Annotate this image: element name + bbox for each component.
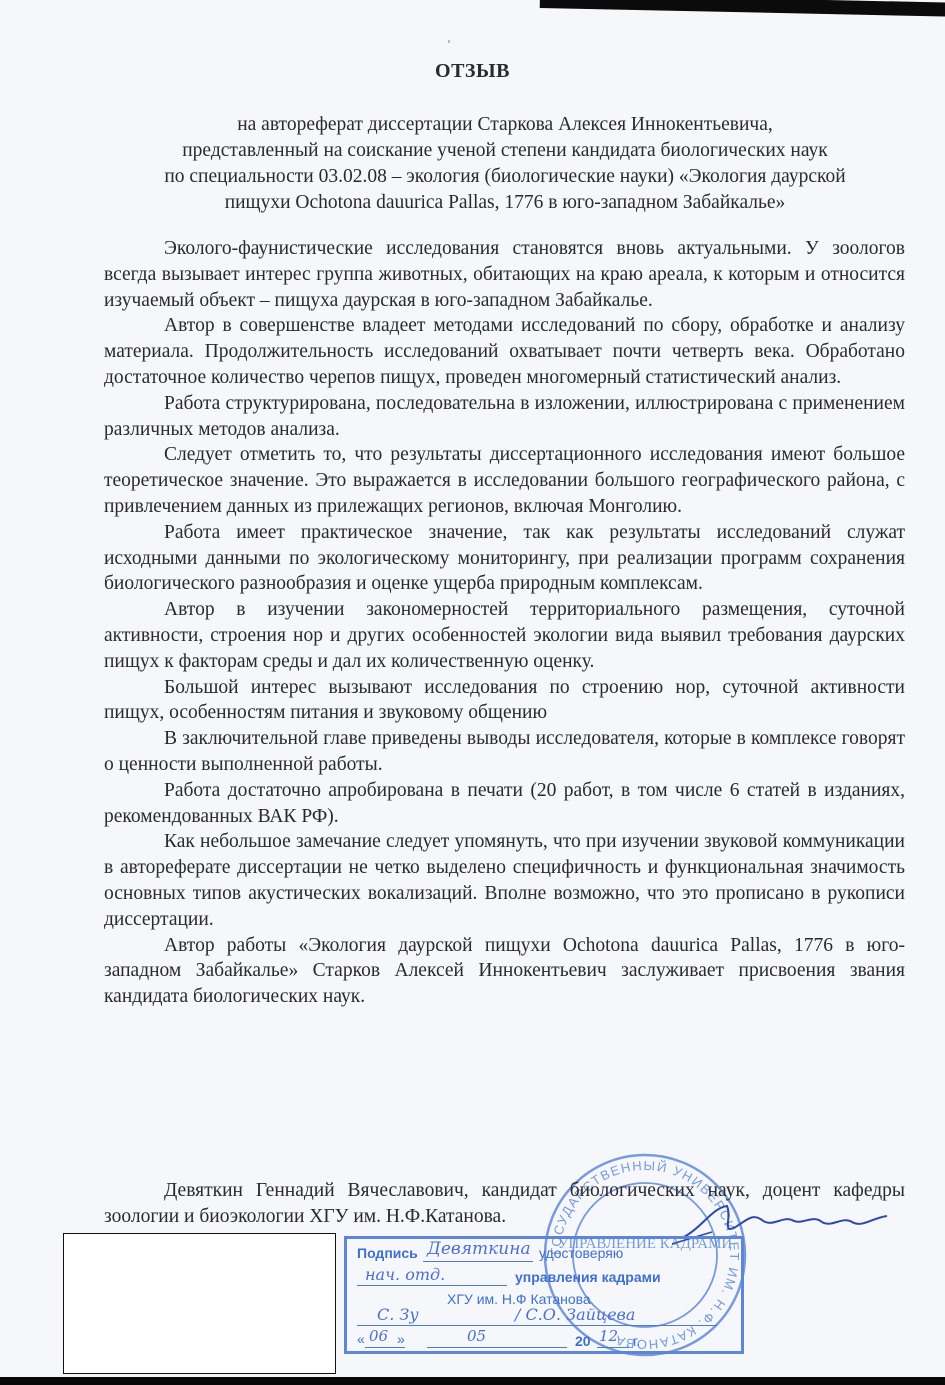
paragraph: Автор в изучении закономерностей террито…	[104, 597, 905, 674]
stamp-line	[365, 1347, 405, 1348]
subtitle-line: по специальности 03.02.08 – экология (би…	[100, 164, 910, 190]
stamp-line	[357, 1325, 717, 1326]
stamp-line	[423, 1261, 533, 1262]
stamp-year-prefix: 20	[575, 1333, 591, 1349]
scan-speck	[448, 40, 450, 43]
scan-edge-shadow	[0, 1377, 945, 1385]
stamp-year-end: г.	[633, 1333, 640, 1349]
stamp-quote-close: »	[397, 1331, 405, 1347]
document-title: ОТЗЫВ	[0, 60, 945, 83]
stamp-quote-open: «	[357, 1331, 365, 1347]
stamp-handwritten-position: нач. отд.	[365, 1265, 445, 1284]
stamp-handwritten-signer: / С.О. Зайцева	[515, 1305, 635, 1324]
paragraph: Следует отметить то, что результаты дисс…	[104, 442, 905, 519]
stamp-label-certify: удостоверяю	[539, 1245, 623, 1261]
stamp-handwritten-name: Девяткина	[427, 1239, 531, 1259]
paragraph: В заключительной главе приведены выводы …	[104, 726, 905, 778]
paragraph: Автор работы «Экология даурской пищухи O…	[104, 933, 905, 1010]
stamp-line	[357, 1285, 507, 1286]
stamp-year-suffix: 12	[599, 1327, 618, 1345]
stamp-day: 06	[369, 1327, 388, 1345]
hr-certification-stamp: Подпись Девяткина удостоверяю нач. отд. …	[344, 1236, 744, 1354]
document-subtitle: на автореферат диссертации Старкова Алек…	[100, 112, 910, 216]
review-body: Эколого-фаунистические исследования стан…	[104, 236, 905, 1010]
paragraph: Эколого-фаунистические исследования стан…	[104, 236, 905, 313]
stamp-label-department: управления кадрами	[515, 1269, 661, 1285]
subtitle-line: пищухи Ochotona dauurica Pallas, 1776 в …	[100, 190, 910, 216]
stamp-label-signature: Подпись	[357, 1245, 418, 1261]
subtitle-line: представленный на соискание ученой степе…	[100, 138, 910, 164]
stamp-handwritten-initials: С. Зу	[377, 1305, 419, 1324]
paragraph: Как небольшое замечание следует упомянут…	[104, 829, 905, 932]
stamp-month: 05	[467, 1327, 486, 1345]
paragraph: Работа имеет практическое значение, так …	[104, 520, 905, 597]
redaction-box	[63, 1233, 336, 1374]
stamp-line	[427, 1347, 567, 1348]
paragraph: Автор в совершенстве владеет методами ис…	[104, 313, 905, 390]
scan-edge-shadow	[540, 0, 945, 17]
subtitle-line: на автореферат диссертации Старкова Алек…	[100, 112, 910, 138]
paragraph: Работа достаточно апробирована в печати …	[104, 778, 905, 830]
paragraph: Работа структурирована, последовательна …	[104, 391, 905, 443]
paragraph: Большой интерес вызывают исследования по…	[104, 675, 905, 727]
stamp-line	[597, 1347, 629, 1348]
